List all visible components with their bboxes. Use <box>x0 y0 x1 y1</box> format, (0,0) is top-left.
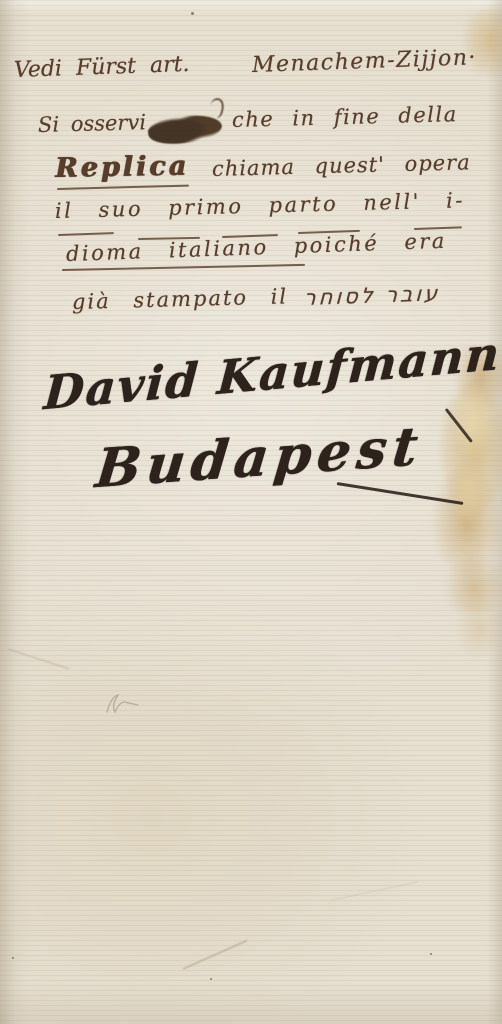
scratched-out-word-blot <box>147 112 224 148</box>
paper-speck <box>191 12 194 15</box>
owner-signature-name: David Kaufmann <box>42 326 502 420</box>
faint-pencil-mark <box>100 688 144 720</box>
note-line1-right: Menachem-Zijjon· <box>252 45 478 78</box>
long-underline <box>62 264 305 271</box>
paper-crease <box>183 940 248 970</box>
underline-dash <box>58 232 114 236</box>
paper-crease <box>8 648 69 669</box>
paper-speck <box>12 957 14 959</box>
paper-stain-right-core <box>444 380 498 562</box>
paper-stain-right-edge <box>424 346 502 612</box>
note-line1-left: Vedi Fürst art. <box>14 52 190 83</box>
overwritten-word-underline <box>57 185 189 190</box>
signature-flourish <box>337 482 464 505</box>
paper-speck <box>430 953 432 955</box>
manuscript-page: Vedi Fürst art. Menachem-Zijjon· Si osse… <box>0 0 502 1024</box>
note-line6-hebrew-title: עובר לסוחר <box>303 281 441 310</box>
paper-speck <box>210 978 212 980</box>
note-line2-pre: Si osservi <box>38 110 147 137</box>
note-line6-pre: già stampato il <box>72 284 289 314</box>
paper-stain-bottom-right <box>450 596 502 676</box>
signature-flourish <box>445 408 473 443</box>
note-line2-post: che in fine della <box>232 102 458 132</box>
note-line3-rest: chiama quest' opera <box>212 150 471 181</box>
note-line4: il suo primo parto nell' i- <box>55 188 466 223</box>
paper-crease <box>330 881 418 901</box>
note-line3-overwritten-word: Replica <box>55 151 189 184</box>
